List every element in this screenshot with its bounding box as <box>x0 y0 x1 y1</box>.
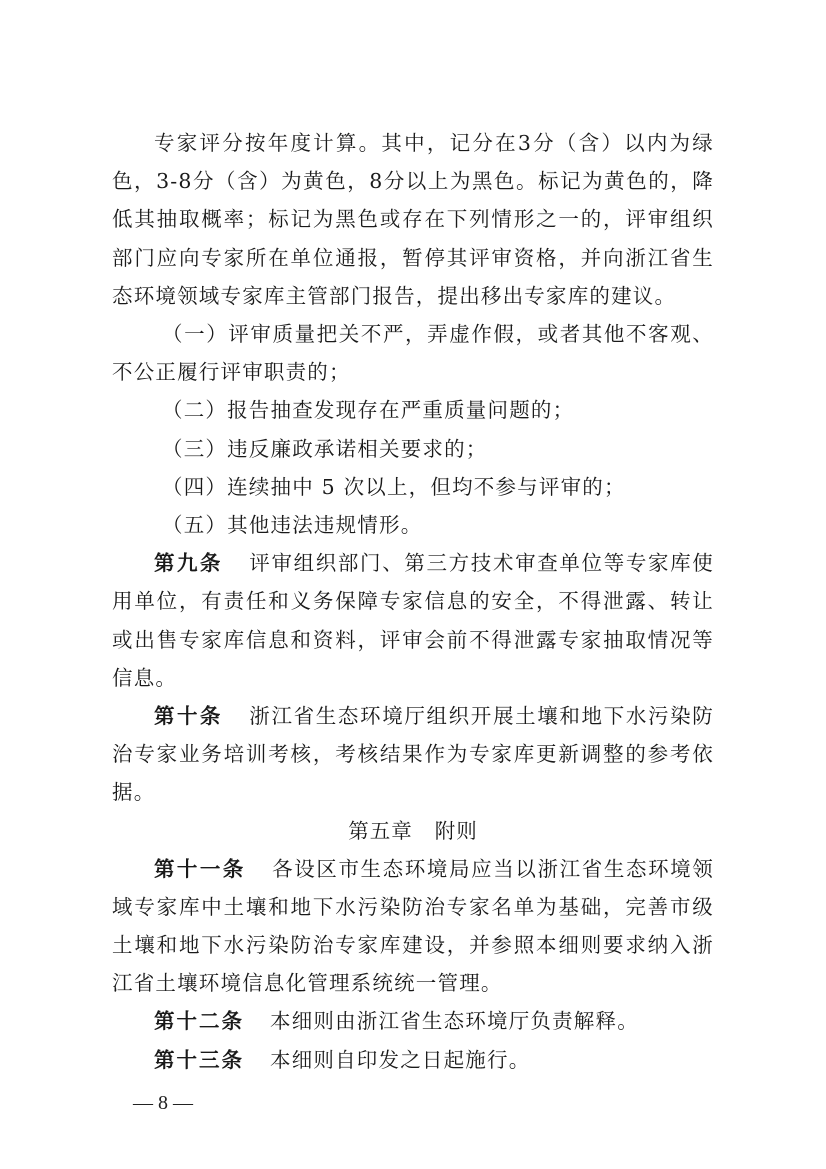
list-item-1: （一）评审质量把关不严，弄虚作假，或者其他不客观、不公正履行评审职责的； <box>112 315 714 391</box>
article-text: 本细则由浙江省生态环境厅负责解释。 <box>270 1009 639 1033</box>
list-item-2: （二）报告抽查发现存在严重质量问题的； <box>112 391 714 429</box>
list-item-3: （三）违反廉政承诺相关要求的； <box>112 430 714 468</box>
article-label: 第十条 <box>154 704 223 728</box>
article-label: 第十二条 <box>154 1009 244 1033</box>
chapter-title: 附则 <box>435 819 478 843</box>
chapter-heading: 第五章附则 <box>112 812 714 850</box>
article-label: 第十三条 <box>154 1048 244 1072</box>
article-label: 第十一条 <box>154 857 246 881</box>
list-item-4: （四）连续抽中 5 次以上，但均不参与评审的； <box>112 468 714 506</box>
page-number: — 8 — <box>133 1092 193 1115</box>
document-page: 专家评分按年度计算。其中，记分在3分（含）以内为绿色，3-8分（含）为黄色，8分… <box>112 124 714 1079</box>
list-item-5: （五）其他违法违规情形。 <box>112 506 714 544</box>
article-11: 第十一条各设区市生态环境局应当以浙江省生态环境领域专家库中土壤和地下水污染防治专… <box>112 850 714 1003</box>
article-label: 第九条 <box>154 551 223 575</box>
paragraph-scoring: 专家评分按年度计算。其中，记分在3分（含）以内为绿色，3-8分（含）为黄色，8分… <box>112 124 714 315</box>
article-10: 第十条浙江省生态环境厅组织开展土壤和地下水污染防治专家业务培训考核，考核结果作为… <box>112 697 714 812</box>
article-9: 第九条评审组织部门、第三方技术审查单位等专家库使用单位，有责任和义务保障专家信息… <box>112 544 714 697</box>
article-13: 第十三条本细则自印发之日起施行。 <box>112 1041 714 1079</box>
article-12: 第十二条本细则由浙江省生态环境厅负责解释。 <box>112 1002 714 1040</box>
chapter-number: 第五章 <box>348 819 413 843</box>
article-text: 本细则自印发之日起施行。 <box>270 1048 530 1072</box>
